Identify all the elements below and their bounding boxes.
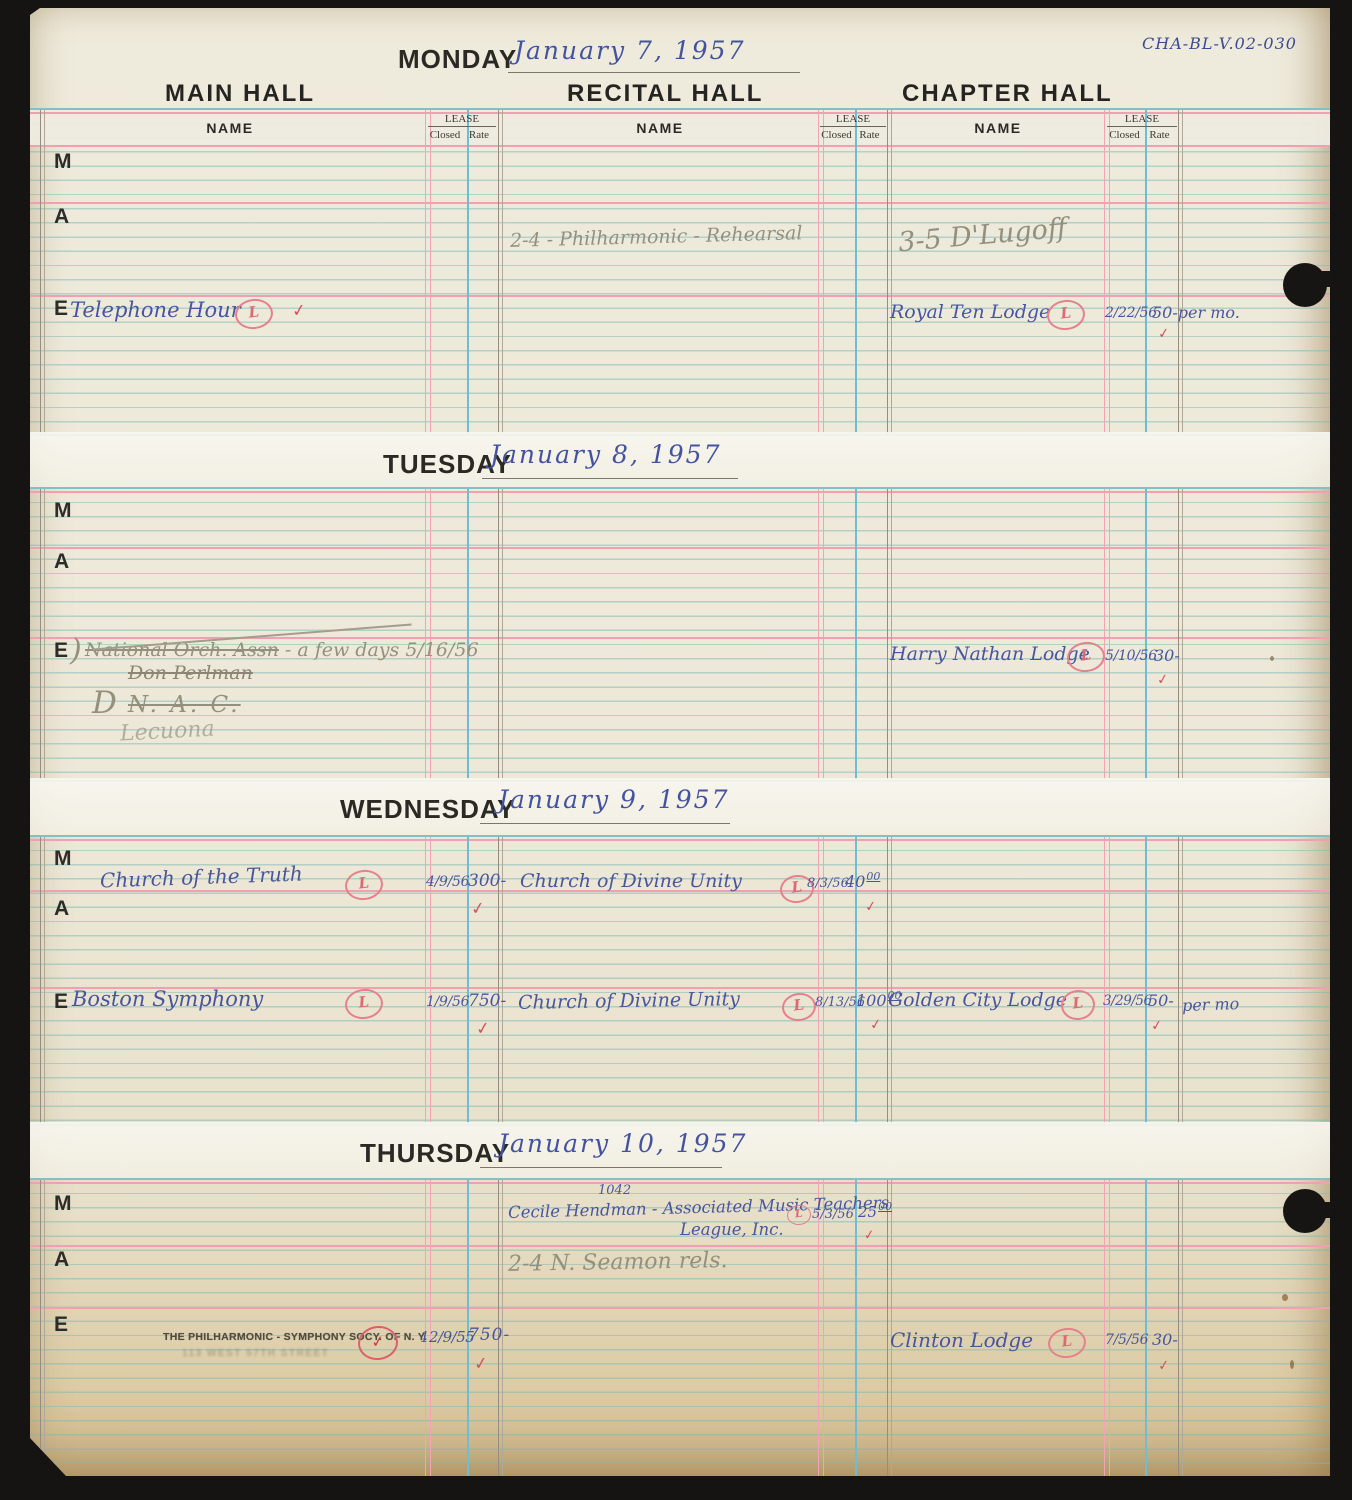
lease-closed-date: 5/10/56 — [1105, 648, 1147, 664]
lease-rate: 50-per mo. — [1152, 303, 1240, 322]
lease-closed-date: 3/29/56 — [1103, 993, 1147, 1009]
column-rule — [1145, 837, 1147, 1124]
check-icon: ✓ — [1157, 1357, 1171, 1374]
hole-punch-slot — [1316, 1202, 1334, 1218]
column-rule — [467, 110, 469, 434]
row-label-morning: M — [54, 1192, 72, 1216]
ruled-line-pink — [30, 547, 1330, 549]
booking-name: Clinton Lodge — [890, 1328, 1033, 1352]
day-band-wednesday: WEDNESDAY January 9, 1957 — [30, 778, 1330, 835]
ruled-line-pink — [30, 202, 1330, 204]
lease-rate: 4000 — [845, 870, 880, 891]
date-underline — [480, 823, 730, 824]
rate-label: Rate — [853, 127, 886, 141]
column-rule — [855, 489, 857, 780]
booking-name: Lecuona — [119, 717, 215, 747]
booking-name-struck: Don Perlman — [128, 662, 253, 684]
column-rule — [425, 110, 431, 434]
lease-rate: 750- — [468, 991, 506, 1011]
column-rule — [1145, 1180, 1147, 1478]
day-grid-thursday: M A E 1042 Cecile Hendman - Associated M… — [30, 1178, 1330, 1478]
row-label-morning: M — [54, 150, 72, 174]
lease-closed-date: 1/9/56 — [426, 994, 468, 1010]
column-rule — [1145, 110, 1147, 434]
lease-closed-date: 2/22/56 — [1105, 305, 1147, 321]
hall-title-main: MAIN HALL — [165, 80, 315, 108]
rate-dollars: 100 — [856, 991, 887, 1010]
lease-label: LEASE — [820, 113, 886, 127]
rate-label: Rate — [462, 127, 496, 141]
lease-rate: 2500 — [858, 1200, 892, 1221]
ruled-line-pink — [30, 145, 1330, 147]
day-grid-monday: NAME NAME NAME LEASE ClosedRate LEASE Cl… — [30, 108, 1330, 436]
check-icon: ✓ — [863, 1227, 876, 1243]
column-rule — [887, 489, 892, 780]
booking-name: Golden City Lodge — [888, 989, 1067, 1011]
rate-dollars: 40 — [845, 872, 865, 891]
lease-rate: 750- — [468, 1325, 510, 1345]
column-header-name: NAME — [898, 120, 1098, 136]
check-icon: ✓ — [475, 1018, 492, 1040]
date-underline — [480, 1167, 722, 1168]
closed-label: Closed — [1107, 127, 1142, 141]
row-label-afternoon: A — [54, 205, 69, 229]
paper-speck — [1290, 1360, 1294, 1369]
scanned-ledger-page: CHA-BL-V.02-030 MONDAY January 7, 1957 M… — [0, 0, 1352, 1500]
column-header-lease: LEASE ClosedRate — [820, 113, 886, 141]
column-header-lease: LEASE ClosedRate — [428, 113, 496, 141]
rate-cents: 00 — [866, 870, 880, 883]
lease-circle-icon: L — [1046, 1326, 1087, 1360]
column-rule — [1104, 110, 1110, 434]
booking-name-struck: N. A. C. — [128, 692, 241, 718]
day-grid-wednesday: M A E Church of the Truth L 4/9/56 300- … — [30, 835, 1330, 1126]
row-label-afternoon: A — [54, 550, 69, 574]
closed-label: Closed — [820, 127, 853, 141]
lease-label: LEASE — [428, 113, 496, 127]
closed-label: Closed — [428, 127, 462, 141]
booking-name: Royal Ten Lodge — [890, 301, 1050, 323]
rate-label: Rate — [1142, 127, 1177, 141]
day-band-tuesday: TUESDAY January 8, 1957 — [30, 432, 1330, 487]
lease-circle-icon: L — [343, 987, 384, 1021]
ledger-paper: CHA-BL-V.02-030 MONDAY January 7, 1957 M… — [30, 8, 1330, 1476]
check-icon: ✓ — [1156, 671, 1170, 688]
ruled-line-pink — [30, 1245, 1330, 1247]
column-rule — [855, 110, 857, 434]
lease-rate: 30- — [1152, 1330, 1178, 1349]
booking-name: Telephone Hour — [70, 298, 241, 322]
lease-circle-icon: L — [780, 991, 817, 1023]
column-rule — [40, 489, 45, 780]
row-label-afternoon: A — [54, 1248, 69, 1272]
paper-speck — [1282, 1294, 1288, 1301]
date-underline — [508, 72, 800, 73]
row-label-morning: M — [54, 847, 72, 871]
check-icon: ✓ — [291, 300, 308, 322]
day-grid-tuesday: M A E ) National Orch. Assn - a few days… — [30, 487, 1330, 782]
check-icon: ✓ — [864, 898, 878, 915]
hole-punch-slot — [1316, 271, 1334, 287]
lease-circle-icon: L — [1045, 298, 1086, 332]
column-header-name: NAME — [130, 120, 330, 136]
row-label-afternoon: A — [54, 897, 69, 921]
booking-name: Church of the Truth — [100, 861, 303, 892]
column-rule — [1104, 837, 1110, 1124]
column-rule — [1104, 489, 1110, 780]
row-label-morning: M — [54, 499, 72, 523]
ruled-line-pink — [30, 1182, 1330, 1184]
booking-name: Harry Nathan Lodge — [890, 643, 1090, 665]
ruled-line-pink — [30, 839, 1330, 841]
date-underline — [482, 478, 738, 479]
rubber-stamp-address: 113 WEST 57TH STREET — [182, 1348, 329, 1359]
day-label-thursday: THURSDAY — [360, 1138, 510, 1169]
booking-name-line2: League, Inc. — [680, 1220, 784, 1239]
booking-name: Boston Symphony — [72, 987, 263, 1011]
lease-rate: 30- — [1154, 646, 1180, 665]
ruled-line-pink — [30, 491, 1330, 493]
lease-rate: 50- — [1148, 991, 1174, 1010]
hall-title-recital: RECITAL HALL — [567, 80, 763, 108]
booking-name: Church of Divine Unity — [520, 870, 742, 892]
lease-rate: 300- — [468, 871, 506, 891]
lease-closed-date: 4/9/56 — [426, 874, 468, 890]
column-rule — [1178, 489, 1183, 780]
lease-closed-date: 7/5/56 — [1105, 1332, 1147, 1348]
lease-circle-icon: L — [343, 868, 384, 902]
lease-closed-date: 12/9/55 — [420, 1328, 474, 1346]
booking-note: 2-4 - Philharmonic - Rehearsal — [510, 222, 803, 252]
lease-closed-date: 8/3/56 — [807, 876, 849, 891]
lease-closed-date: 5/3/56 — [812, 1207, 854, 1222]
booking-note: 2-4 N. Seamon rels. — [508, 1248, 728, 1277]
day-label-wednesday: WEDNESDAY — [340, 794, 516, 825]
archive-code: CHA-BL-V.02-030 — [1142, 34, 1297, 53]
check-icon: ✓ — [473, 1353, 490, 1375]
booking-number: 1042 — [598, 1183, 631, 1198]
column-rule — [1178, 110, 1183, 434]
column-rule — [498, 489, 503, 780]
pencil-brace: ) — [70, 633, 82, 668]
day-date-monday: January 7, 1957 — [514, 36, 745, 65]
column-rule — [425, 489, 431, 780]
column-rule — [1178, 837, 1183, 1124]
column-rule — [40, 1180, 45, 1478]
day-band-thursday: THURSDAY January 10, 1957 — [30, 1122, 1330, 1178]
ruled-line-pink — [30, 1307, 1330, 1309]
lease-rate-suffix: per mo — [1182, 994, 1240, 1015]
row-label-evening: E — [54, 297, 68, 321]
rate-dollars: 25 — [858, 1203, 877, 1221]
column-rule — [467, 489, 469, 780]
check-icon: ✓ — [1150, 1017, 1164, 1034]
hall-title-chapter: CHAPTER HALL — [902, 80, 1113, 108]
column-rule — [887, 837, 892, 1124]
rate-cents: 00 — [878, 1200, 892, 1213]
column-rule — [40, 837, 45, 1124]
column-rule — [498, 110, 503, 434]
day-date-thursday: January 10, 1957 — [498, 1129, 747, 1158]
column-rule — [1104, 1180, 1110, 1478]
column-rule — [887, 110, 892, 434]
day-date-wednesday: January 9, 1957 — [498, 785, 729, 814]
day-date-tuesday: January 8, 1957 — [490, 440, 721, 469]
booking-note: - a few days 5/16/56 — [279, 639, 479, 661]
column-header-name: NAME — [560, 120, 760, 136]
paper-speck — [1270, 656, 1274, 661]
check-icon: ✓ — [869, 1016, 883, 1033]
lease-label: LEASE — [1107, 113, 1177, 127]
check-icon: ✓ — [470, 898, 487, 920]
booking-name: Church of Divine Unity — [518, 988, 740, 1014]
column-rule — [1178, 1180, 1183, 1478]
pencil-flourish: D — [92, 685, 117, 721]
booking-note: 3-5 D'Lugoff — [897, 213, 1068, 259]
column-rule — [855, 1180, 857, 1478]
column-rule — [818, 1180, 824, 1478]
column-rule — [40, 110, 45, 434]
row-label-evening: E — [54, 1313, 68, 1337]
row-label-evening: E — [54, 639, 68, 663]
ruled-line-pink — [30, 295, 1330, 297]
row-label-evening: E — [54, 990, 68, 1014]
check-icon: ✓ — [1157, 325, 1171, 342]
column-rule — [818, 110, 824, 434]
column-header-lease: LEASE ClosedRate — [1107, 113, 1177, 141]
day-label-monday: MONDAY — [398, 44, 517, 75]
column-rule — [818, 489, 824, 780]
column-rule — [1145, 489, 1147, 780]
